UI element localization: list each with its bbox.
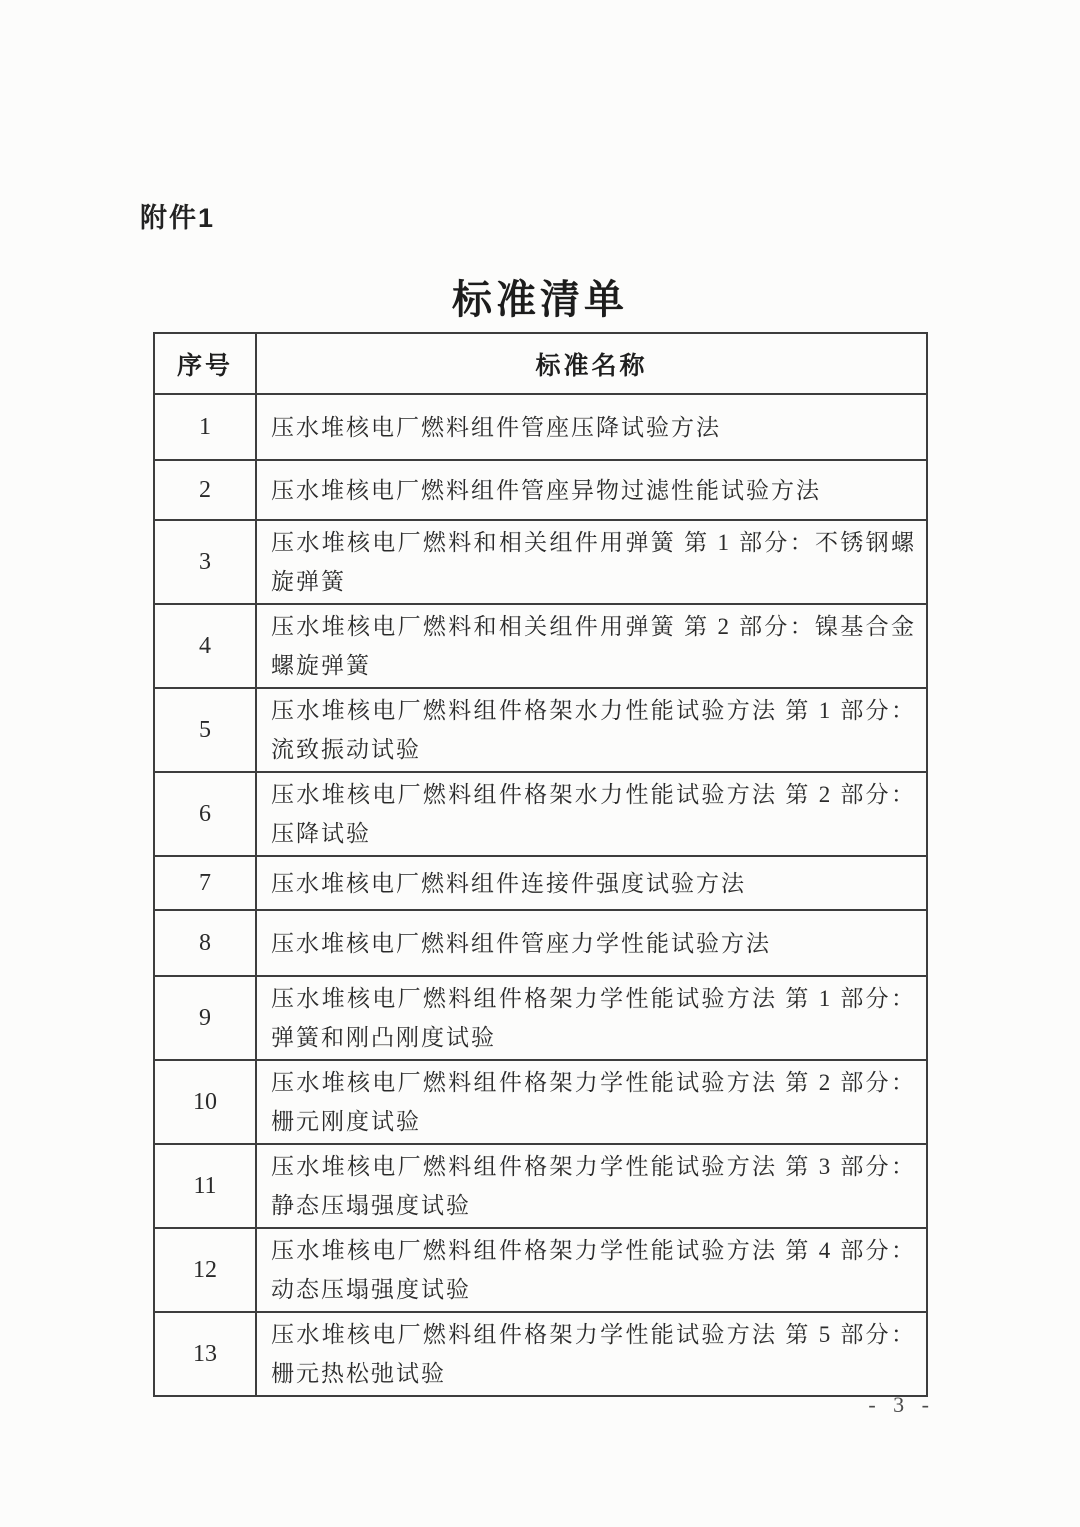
standard-name-cell: 压水堆核电厂燃料组件管座力学性能试验方法 (256, 910, 927, 976)
serial-cell: 9 (154, 976, 256, 1060)
serial-cell: 6 (154, 772, 256, 856)
standard-name-cell: 压水堆核电厂燃料组件连接件强度试验方法 (256, 856, 927, 910)
table-row: 1 压水堆核电厂燃料组件管座压降试验方法 (154, 394, 927, 460)
page-title: 标准清单 (0, 268, 1080, 325)
standard-name-cell: 压水堆核电厂燃料组件格架水力性能试验方法 第 1 部分：流致振动试验 (256, 688, 927, 772)
standard-name-cell: 压水堆核电厂燃料组件管座异物过滤性能试验方法 (256, 460, 927, 520)
serial-cell: 4 (154, 604, 256, 688)
table-row: 2 压水堆核电厂燃料组件管座异物过滤性能试验方法 (154, 460, 927, 520)
serial-cell: 2 (154, 460, 256, 520)
serial-cell: 5 (154, 688, 256, 772)
standard-name-cell: 压水堆核电厂燃料组件格架力学性能试验方法 第 2 部分：栅元刚度试验 (256, 1060, 927, 1144)
serial-cell: 7 (154, 856, 256, 910)
serial-cell: 10 (154, 1060, 256, 1144)
serial-cell: 12 (154, 1228, 256, 1312)
serial-cell: 3 (154, 520, 256, 604)
standard-name-cell: 压水堆核电厂燃料和相关组件用弹簧 第 1 部分：不锈钢螺旋弹簧 (256, 520, 927, 604)
serial-cell: 13 (154, 1312, 256, 1396)
serial-cell: 8 (154, 910, 256, 976)
table-row: 12 压水堆核电厂燃料组件格架力学性能试验方法 第 4 部分：动态压塌强度试验 (154, 1228, 927, 1312)
standard-name-cell: 压水堆核电厂燃料组件管座压降试验方法 (256, 394, 927, 460)
table-row: 6 压水堆核电厂燃料组件格架水力性能试验方法 第 2 部分：压降试验 (154, 772, 927, 856)
column-header-serial: 序号 (154, 333, 256, 394)
serial-cell: 11 (154, 1144, 256, 1228)
standard-name-cell: 压水堆核电厂燃料组件格架水力性能试验方法 第 2 部分：压降试验 (256, 772, 927, 856)
page-number: - 3 - (868, 1392, 935, 1418)
table-row: 9 压水堆核电厂燃料组件格架力学性能试验方法 第 1 部分：弹簧和刚凸刚度试验 (154, 976, 927, 1060)
table-row: 4 压水堆核电厂燃料和相关组件用弹簧 第 2 部分：镍基合金螺旋弹簧 (154, 604, 927, 688)
standard-name-cell: 压水堆核电厂燃料组件格架力学性能试验方法 第 5 部分：栅元热松弛试验 (256, 1312, 927, 1396)
table-header-row: 序号 标准名称 (154, 333, 927, 394)
table-row: 13 压水堆核电厂燃料组件格架力学性能试验方法 第 5 部分：栅元热松弛试验 (154, 1312, 927, 1396)
standard-name-cell: 压水堆核电厂燃料组件格架力学性能试验方法 第 1 部分：弹簧和刚凸刚度试验 (256, 976, 927, 1060)
standard-name-cell: 压水堆核电厂燃料组件格架力学性能试验方法 第 4 部分：动态压塌强度试验 (256, 1228, 927, 1312)
table-row: 8 压水堆核电厂燃料组件管座力学性能试验方法 (154, 910, 927, 976)
document-page: 附件1 标准清单 序号 标准名称 1 压水堆核电厂燃料组件管座压降试验方法 2 … (0, 0, 1080, 1527)
table-row: 5 压水堆核电厂燃料组件格架水力性能试验方法 第 1 部分：流致振动试验 (154, 688, 927, 772)
attachment-label: 附件1 (140, 196, 215, 235)
table-row: 3 压水堆核电厂燃料和相关组件用弹簧 第 1 部分：不锈钢螺旋弹簧 (154, 520, 927, 604)
table-row: 11 压水堆核电厂燃料组件格架力学性能试验方法 第 3 部分：静态压塌强度试验 (154, 1144, 927, 1228)
standard-name-cell: 压水堆核电厂燃料和相关组件用弹簧 第 2 部分：镍基合金螺旋弹簧 (256, 604, 927, 688)
column-header-name: 标准名称 (256, 333, 927, 394)
table-row: 7 压水堆核电厂燃料组件连接件强度试验方法 (154, 856, 927, 910)
standards-table: 序号 标准名称 1 压水堆核电厂燃料组件管座压降试验方法 2 压水堆核电厂燃料组… (153, 332, 928, 1397)
standard-name-cell: 压水堆核电厂燃料组件格架力学性能试验方法 第 3 部分：静态压塌强度试验 (256, 1144, 927, 1228)
serial-cell: 1 (154, 394, 256, 460)
table-row: 10 压水堆核电厂燃料组件格架力学性能试验方法 第 2 部分：栅元刚度试验 (154, 1060, 927, 1144)
